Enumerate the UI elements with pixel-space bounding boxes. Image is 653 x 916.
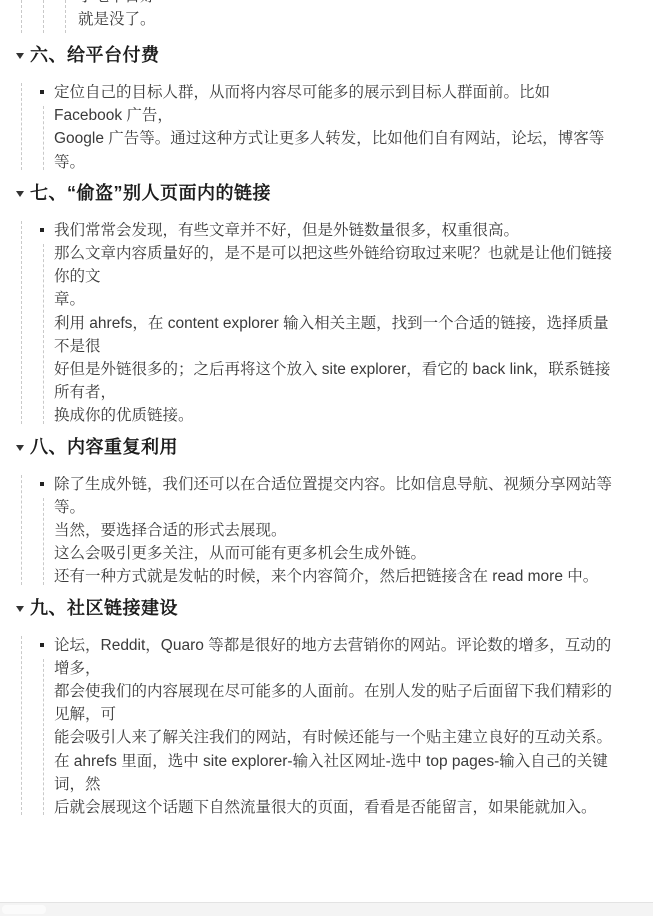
indent-guide-line (43, 498, 44, 585)
text-line: 词，然 (54, 773, 653, 796)
text-line: 利用 ahrefs，在 content explorer 输入相关主题，找到一个… (54, 312, 653, 335)
section-header[interactable]: 六、给平台付费 (0, 44, 653, 68)
document-page: 小吃个百好 就是没了。 六、给平台付费 定位自己的目标人群，从而将内容尽可能多的… (0, 0, 653, 916)
text-line: 论坛，Reddit，Quaro 等都是很好的地方去营销你的网站。评论数的增多，互… (54, 634, 653, 657)
section-title: 九、社区链接建设 (30, 598, 178, 618)
text-line: 还有一种方式就是发帖的时候，来个内容简介，然后把链接含在 read more 中… (54, 565, 653, 588)
text-line: 能会吸引人来了解关注我们的网站，有时候还能与一个贴主建立良好的互动关系。 (54, 726, 653, 749)
bullet-item: 我们常常会发现，有些文章并不好，但是外链数量很多，权重很高。 那么文章内容质量好… (0, 219, 653, 428)
text-line: 增多， (54, 657, 653, 680)
text-line: 好但是外链很多的；之后再将这个放入 site explorer，看它的 back… (54, 358, 653, 381)
collapse-triangle-icon[interactable] (16, 191, 24, 197)
bullet-square-icon (40, 90, 44, 94)
scrollbar-thumb[interactable] (2, 905, 46, 914)
status-bar (0, 902, 653, 916)
text-line: 那么文章内容质量好的，是不是可以把这些外链给窃取过来呢？也就是让他们链接 (54, 242, 653, 265)
section-9: 九、社区链接建设 论坛，Reddit，Quaro 等都是很好的地方去营销你的网站… (0, 597, 653, 820)
collapse-triangle-icon[interactable] (16, 53, 24, 59)
bullet-item: 除了生成外链，我们还可以在合适位置提交内容。比如信息导航、视频分享网站等 等。 … (0, 473, 653, 589)
text-line: Google 广告等。通过这种方式让更多人转发，比如他们自有网站，论坛，博客等 (54, 127, 653, 150)
section-7: 七、“偷盗”别人页面内的链接 我们常常会发现，有些文章并不好，但是外链数量很多，… (0, 182, 653, 428)
text-line: 就是没了。 (78, 8, 653, 31)
text-line: 你的文 (54, 265, 653, 288)
text-line: 除了生成外链，我们还可以在合适位置提交内容。比如信息导航、视频分享网站等 (54, 473, 653, 496)
text-line: 等。 (54, 496, 653, 519)
text-line: 换成你的优质链接。 (54, 404, 653, 427)
section-8: 八、内容重复利用 除了生成外链，我们还可以在合适位置提交内容。比如信息导航、视频… (0, 436, 653, 589)
text-line: 等。 (54, 151, 653, 174)
indent-guide-line (43, 0, 44, 33)
collapse-triangle-icon[interactable] (16, 445, 24, 451)
text-line: 在 ahrefs 里面，选中 site explorer-输入社区网址-选中 t… (54, 750, 653, 773)
bullet-square-icon (40, 482, 44, 486)
collapse-triangle-icon[interactable] (16, 606, 24, 612)
text-line: 后就会展现这个话题下自然流量很大的页面，看看是否能留言，如果能就加入。 (54, 796, 653, 819)
previous-bullet-continuation: 小吃个百好 就是没了。 (0, 0, 653, 36)
text-line: 章。 (54, 288, 653, 311)
section-header[interactable]: 九、社区链接建设 (0, 597, 653, 621)
text-line: 我们常常会发现，有些文章并不好，但是外链数量很多，权重很高。 (54, 219, 653, 242)
text-line: 都会使我们的内容展现在尽可能多的人面前。在别人发的贴子后面留下我们精彩的 (54, 680, 653, 703)
indent-guide-line (65, 0, 66, 33)
section-title: 八、内容重复利用 (30, 437, 178, 457)
bullet-square-icon (40, 643, 44, 647)
bullet-square-icon (40, 228, 44, 232)
section-title: 七、“偷盗”别人页面内的链接 (30, 183, 271, 203)
indent-guide-line (21, 0, 22, 33)
indent-guide-line (43, 106, 44, 170)
section-6: 六、给平台付费 定位自己的目标人群，从而将内容尽可能多的展示到目标人群面前。比如… (0, 44, 653, 174)
bullet-item: 论坛，Reddit，Quaro 等都是很好的地方去营销你的网站。评论数的增多，互… (0, 634, 653, 820)
text-line: 这么会吸引更多关注，从而可能有更多机会生成外链。 (54, 542, 653, 565)
section-header[interactable]: 八、内容重复利用 (0, 436, 653, 460)
clipped-text-line: 小吃个百好 (78, 0, 653, 8)
text-line: 所有者， (54, 381, 653, 404)
section-title: 六、给平台付费 (30, 45, 160, 65)
text-line: 不是很 (54, 335, 653, 358)
text-line: Facebook 广告， (54, 104, 653, 127)
indent-guide-line (43, 659, 44, 816)
text-line: 定位自己的目标人群，从而将内容尽可能多的展示到目标人群面前。比如 (54, 81, 653, 104)
text-line: 见解，可 (54, 703, 653, 726)
text-line: 当然，要选择合适的形式去展现。 (54, 519, 653, 542)
bullet-item: 定位自己的目标人群，从而将内容尽可能多的展示到目标人群面前。比如 Faceboo… (0, 81, 653, 174)
section-header[interactable]: 七、“偷盗”别人页面内的链接 (0, 182, 653, 206)
indent-guide-line (43, 244, 44, 424)
